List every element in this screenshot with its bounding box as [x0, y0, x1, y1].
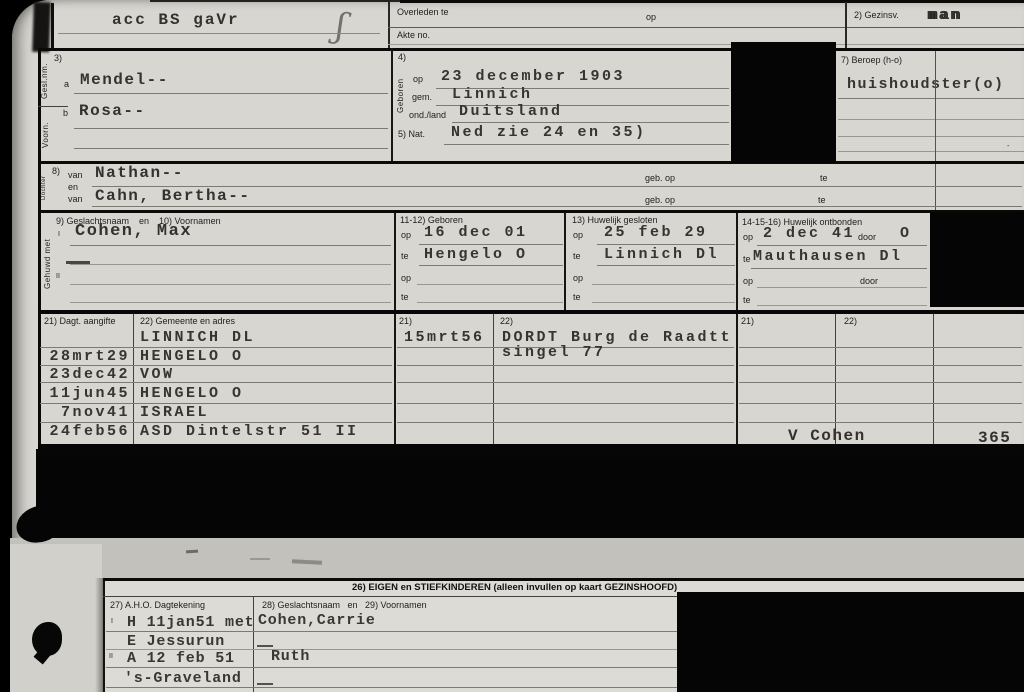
- register-row-address: ASD Dintelstr 51 II: [140, 424, 359, 439]
- child-row-date: A 12 feb 51: [127, 651, 235, 666]
- label-geb-op: geb. op: [645, 196, 675, 205]
- rule-line: [597, 265, 735, 266]
- rule-line: [397, 403, 734, 404]
- column-divider: [736, 213, 738, 312]
- value-spouse-birth-place: Hengelo O: [424, 247, 528, 262]
- value-birth-date: 23 december 1903: [441, 69, 625, 84]
- value-voornaam: Rosa--: [79, 103, 146, 119]
- value-father: Nathan--: [95, 165, 184, 181]
- value-marriage-place: Linnich Dl: [604, 247, 719, 262]
- rule-line: [74, 128, 388, 129]
- label-geb-op: geb. op: [645, 174, 675, 183]
- register-row-address: LINNICH DL: [140, 330, 255, 345]
- label-op: op: [401, 231, 411, 240]
- label-dochter: Dochter: [41, 167, 47, 209]
- label-nr-4: 4): [398, 53, 406, 62]
- column-divider: [736, 314, 738, 446]
- register-row-address: HENGELO O: [140, 349, 244, 364]
- register-row-date: 28mrt29: [40, 349, 130, 364]
- signature-text: V Cohen: [788, 428, 866, 444]
- rule-line: [70, 264, 391, 265]
- child-row-date: H 11jan51 met: [127, 615, 254, 630]
- value-nationaliteit: Ned zie 24 en 35): [451, 125, 647, 140]
- value-dissolution-cause: O: [900, 226, 912, 241]
- rule-line: [757, 287, 927, 288]
- typed-dash-mark: [257, 645, 273, 647]
- pencil-mark: [250, 558, 270, 560]
- rule-line: [757, 305, 927, 306]
- rule-line: [751, 268, 927, 269]
- child-row-number: II: [109, 653, 113, 660]
- column-header-gemeente-adres: 22) Gemeente en adres: [140, 317, 235, 326]
- rule-line: [838, 98, 1024, 99]
- label-op: op: [573, 274, 583, 283]
- rule-line: [103, 596, 679, 597]
- redaction-box: [930, 212, 1024, 307]
- label-gehuwd-met: Gehuwd met: [43, 224, 52, 304]
- section-border: [38, 161, 1024, 164]
- column-divider: [845, 2, 847, 50]
- rule-line: [397, 365, 734, 366]
- column-header-aho-dagtekening: 27) A.H.O. Dagtekening: [110, 601, 205, 610]
- rule-line: [70, 302, 391, 303]
- value-spouse-name: Cohen, Max: [75, 223, 192, 240]
- label-land: ond./land: [409, 111, 446, 120]
- register-entry2-address: singel 77: [502, 345, 606, 360]
- register-row-date: 24feb56: [40, 424, 130, 439]
- label-en: en: [68, 183, 78, 192]
- value-dissolution-date: 2 dec 41: [763, 226, 855, 241]
- column-divider: [394, 314, 396, 446]
- rule-line: [70, 245, 391, 246]
- label-nationaliteit: 5) Nat.: [398, 130, 425, 139]
- section-border: [38, 310, 1024, 314]
- label-a: a: [64, 80, 69, 89]
- rule-line: [58, 33, 380, 34]
- rule-line: [51, 3, 54, 50]
- label-te: te: [820, 174, 828, 183]
- label-van: van: [68, 171, 83, 180]
- rule-line: [757, 245, 927, 246]
- rule-line: [739, 403, 1022, 404]
- section-border: [38, 210, 1024, 213]
- label-te: te: [401, 252, 409, 261]
- rule-line: [838, 151, 1024, 152]
- rule-line: [838, 136, 1024, 137]
- label-akte-no: Akte no.: [397, 31, 430, 40]
- rule-line: [74, 93, 388, 94]
- column-divider: [493, 314, 494, 446]
- label-op: op: [413, 75, 423, 84]
- column-header-22: 22): [500, 317, 513, 326]
- rule-line: [739, 365, 1022, 366]
- value-birth-place: Linnich: [452, 87, 533, 102]
- rule-line: [739, 347, 1022, 348]
- column-divider: [933, 314, 934, 446]
- rule-line: [106, 667, 677, 668]
- register-entry2-date: 15mrt56: [404, 330, 485, 345]
- column-divider: [133, 314, 134, 446]
- register-row-address: ISRAEL: [140, 405, 209, 420]
- label-b: b: [63, 109, 68, 118]
- card-top-edge: [150, 0, 400, 2]
- column-divider: [935, 51, 936, 211]
- rule-line: [388, 44, 1024, 45]
- rule-line: [106, 631, 677, 632]
- register-entry2-address: DORDT Burg de Raadtt: [502, 330, 732, 345]
- label-op: op: [573, 231, 583, 240]
- hole-punch: [32, 622, 62, 656]
- rule-line: [70, 284, 391, 285]
- rule-line: [419, 265, 563, 266]
- child-row-date: 's-Graveland: [124, 671, 242, 686]
- rule-line: [388, 27, 1024, 28]
- rule-line: [417, 302, 563, 303]
- label-te: te: [818, 196, 826, 205]
- rule-line: [452, 122, 729, 123]
- label-nr-3: 3): [54, 54, 62, 63]
- column-header-dagtekening: 21) Dagt. aangifte: [44, 317, 116, 326]
- label-geslachtsnaam: Gesl.nm.: [40, 58, 49, 104]
- binding-smudge: [32, 2, 51, 53]
- rule-line: [38, 106, 68, 107]
- register-row-date: 11jun45: [40, 386, 130, 401]
- label-door: door: [858, 233, 876, 242]
- column-divider: [564, 213, 566, 312]
- label-beroep: 7) Beroep (h-o): [841, 56, 902, 65]
- label-te: te: [743, 255, 751, 264]
- scan-black-band: [36, 449, 1024, 538]
- rule-line: [739, 422, 1022, 423]
- rule-line: [106, 687, 677, 688]
- child-row-name: Ruth: [271, 649, 310, 664]
- column-divider: [391, 48, 393, 162]
- register-row-date: 7nov41: [40, 405, 130, 420]
- column-header-22: 22): [844, 317, 857, 326]
- label-van: van: [68, 195, 83, 204]
- child-row-date: E Jessurun: [127, 634, 225, 649]
- column-divider: [253, 596, 254, 692]
- value-birth-country: Duitsland: [459, 104, 563, 119]
- rule-line: [838, 119, 1024, 120]
- label-roman-ii: II: [56, 273, 60, 280]
- column-header-naam-voornamen: 28) Geslachtsnaam en 29) Voornamen: [262, 601, 427, 610]
- label-door: door: [860, 277, 878, 286]
- label-overleden-te: Overleden te: [397, 8, 449, 17]
- rule-line: [397, 382, 734, 383]
- rule-line: [597, 244, 735, 245]
- child-row-number: I: [111, 618, 113, 625]
- column-header-21: 21): [741, 317, 754, 326]
- under-card-paper: [10, 544, 102, 692]
- label-nr-8: 8): [52, 167, 60, 176]
- column-header-21: 21): [399, 317, 412, 326]
- child-row-name: Cohen,Carrie: [258, 613, 376, 628]
- label-geboren: Geboren: [396, 68, 405, 124]
- label-te: te: [743, 296, 751, 305]
- value-beroep: huishoudster(o): [847, 77, 1005, 92]
- label-op: op: [743, 233, 753, 242]
- value-spouse-birth-date: 16 dec 01: [424, 225, 528, 240]
- column-divider: [394, 213, 396, 312]
- label-roman-i: I: [58, 231, 60, 238]
- rule-line: [592, 302, 735, 303]
- card-top-edge: [400, 0, 1024, 3]
- rule-line: [397, 422, 734, 423]
- register-row-address: HENGELO O: [140, 386, 244, 401]
- typed-annotation: acc BS gaVr: [112, 12, 240, 28]
- column-divider: [388, 2, 390, 50]
- rule-line: [444, 144, 729, 145]
- value-mother: Cahn, Bertha--: [95, 188, 250, 204]
- label-op: op: [743, 277, 753, 286]
- rule-line: [592, 284, 735, 285]
- value-geslachtsnaam: Mendel--: [80, 72, 169, 88]
- value-marriage-date: 25 feb 29: [604, 225, 708, 240]
- children-section-header: 26) EIGEN en STIEFKINDEREN (alleen invul…: [352, 583, 677, 593]
- rule-line: [92, 206, 1022, 207]
- register-row-address: VOW: [140, 367, 175, 382]
- rule-line: [417, 284, 563, 285]
- label-gezinsverhouding: 2) Gezinsv.: [854, 11, 899, 20]
- label-op: op: [401, 274, 411, 283]
- register-row-date: 23dec42: [40, 367, 130, 382]
- label-te: te: [573, 293, 581, 302]
- rule-line: [739, 382, 1022, 383]
- section-border: [38, 48, 1024, 51]
- value-gezinsverhouding: man: [928, 8, 963, 23]
- value-dissolution-place: Mauthausen Dl: [753, 249, 903, 264]
- pen-dash-mark: -: [1007, 143, 1009, 150]
- redaction-box: [731, 42, 836, 163]
- label-te: te: [573, 252, 581, 261]
- rule-line: [419, 244, 563, 245]
- scanned-registration-card: acc BS gaVr ʃ Overleden te op Akte no. 2…: [0, 0, 1024, 692]
- label-voornamen: Voorn.: [41, 110, 50, 160]
- typed-dash-mark: [257, 683, 273, 685]
- label-op: op: [646, 13, 656, 22]
- redaction-box: [677, 592, 1024, 692]
- rule-line: [74, 148, 388, 149]
- label-gemeente: gem.: [412, 93, 432, 102]
- label-te: te: [401, 293, 409, 302]
